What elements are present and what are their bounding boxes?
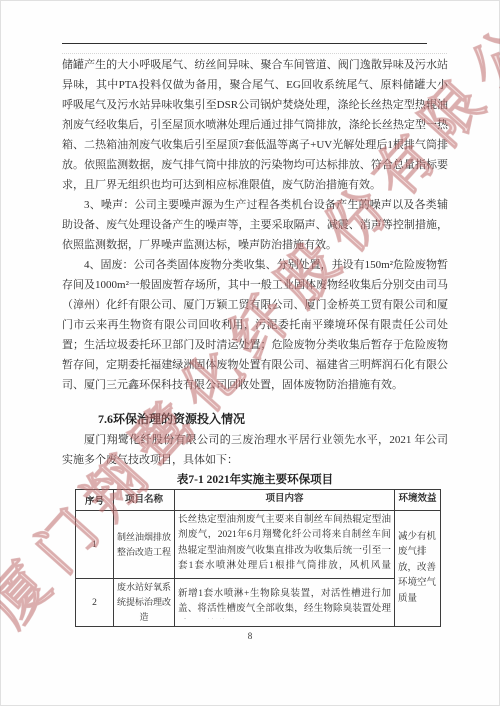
cell-row2-content-text: 新增1套水喷淋+生物除臭装置，对活性槽进行加盖、将活性槽废气全部收集，经生物除臭… <box>178 587 391 619</box>
cell-row2-number: 2 <box>76 579 114 627</box>
col-header-number: 序号 <box>76 490 114 511</box>
cell-row1-number: 1 <box>76 511 114 579</box>
cell-row1-content: 长丝热定型油剂废气主要来自制丝车间热辊定型油剂废气，2021年6月翔鹭化纤公司将… <box>175 511 395 579</box>
document-page: 储罐产生的大小呼吸尾气、纺丝间异味、聚合车间管道、阀门逸散异味及污水站异味，其中… <box>0 0 500 706</box>
page-number: 8 <box>0 631 500 641</box>
col-header-project-name: 项目名称 <box>114 490 175 511</box>
body-paragraph-2: 3、噪声：公司主要噪声源为生产过程各类机台设备产生的噪声以及各类辅助设备、废气处… <box>62 195 448 255</box>
body-paragraph-4: 厦门翔鹭化纤股份有限公司的三废治理水平居行业领先水平，2021 年公司实施多个废… <box>62 430 448 470</box>
cell-row2-content: 新增1套水喷淋+生物除臭装置，对活性槽进行加盖、将活性槽废气全部收集，经生物除臭… <box>175 579 395 627</box>
table-title: 表7-1 2021年实施主要环保项目 <box>62 471 448 487</box>
section-heading: 7.6环保治理的资源投入情况 <box>62 410 448 427</box>
body-paragraph-1: 储罐产生的大小呼吸尾气、纺丝间异味、聚合车间管道、阀门逸散异味及污水站异味，其中… <box>62 55 448 195</box>
table-row: 1 制丝油烟排放整治改造工程 长丝热定型油剂废气主要来自制丝车间热辊定型油剂废气… <box>76 511 441 579</box>
header-rule <box>62 43 427 44</box>
table-header-row: 序号 项目名称 项目内容 环境效益 <box>76 490 441 511</box>
body-paragraph-3: 4、固废：公司各类固体废物分类收集、分别处置，并设有150m²危险废物暂存间及1… <box>62 255 448 395</box>
header-subrule <box>62 53 447 54</box>
environment-projects-table: 序号 项目名称 项目内容 环境效益 1 制丝油烟排放整治改造工程 长丝热定型油剂… <box>75 489 441 627</box>
body-text-block: 储罐产生的大小呼吸尾气、纺丝间异味、聚合车间管道、阀门逸散异味及污水站异味，其中… <box>62 55 448 395</box>
cell-row1-name: 制丝油烟排放整治改造工程 <box>114 511 175 579</box>
col-header-environment-benefit: 环境效益 <box>395 490 441 511</box>
cell-row1-content-text: 长丝热定型油剂废气主要来自制丝车间热辊定型油剂废气，2021年6月翔鹭化纤公司将… <box>178 513 391 577</box>
col-header-project-content: 项目内容 <box>175 490 395 511</box>
table-row: 2 废水站好氧系统提标治理改造 新增1套水喷淋+生物除臭装置，对活性槽进行加盖、… <box>76 579 441 627</box>
cell-benefit-merged: 减少有机废气排放，改善环境空气质量 <box>395 511 441 627</box>
cell-row2-name: 废水站好氧系统提标治理改造 <box>114 579 175 627</box>
